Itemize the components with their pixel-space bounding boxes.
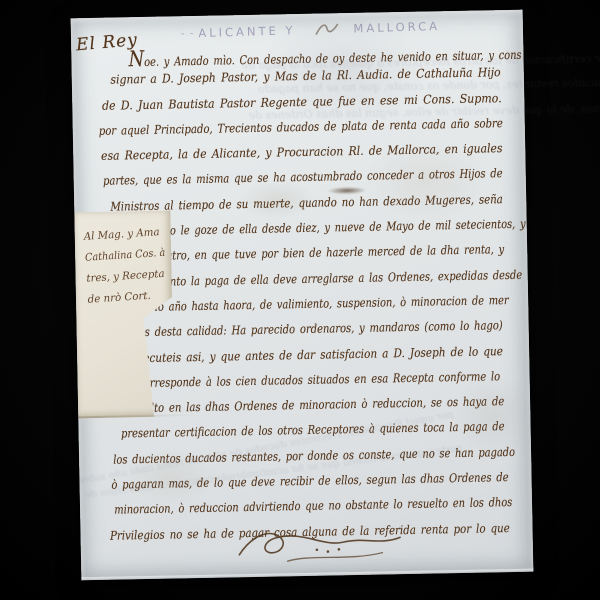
pencil-squiggle-icon bbox=[313, 21, 339, 38]
pencil-annotation-right: MALLORCA bbox=[353, 19, 440, 36]
manuscript-paper: - - ALICANTE Y MALLORCA El Rey presentar… bbox=[71, 10, 534, 581]
paper-bottom-edge bbox=[81, 569, 533, 581]
pencil-annotation-left: ALICANTE Y bbox=[198, 23, 296, 40]
margin-note: Al Mag. y AmaCathalina Cos. àtres, y Rec… bbox=[72, 209, 174, 312]
photo-backdrop: - - ALICANTE Y MALLORCA El Rey presentar… bbox=[0, 0, 600, 600]
margin-note-line: de nrò Cort. bbox=[87, 285, 168, 311]
pencil-annotation: - - ALICANTE Y MALLORCA bbox=[181, 18, 440, 42]
signature-rubric-icon bbox=[230, 518, 431, 572]
pencil-dashes: - - bbox=[181, 28, 195, 39]
